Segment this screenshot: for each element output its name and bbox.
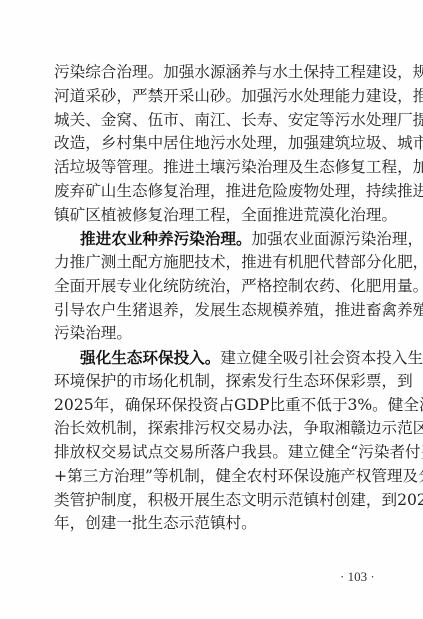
text-line: +第三方治理”等机制，健全农村环保设施产权管理及分 [54,465,370,489]
text-line: 污染综合治理。加强水源涵养与水土保持工程建设，规范 [54,61,370,85]
text-line: 推进农业种养污染治理。加强农业面源污染治理，大 [54,227,370,251]
paragraph-eco-investment: 强化生态环保投入。建立健全吸引社会资本投入生态 环境保护的市场化机制，探索发行生… [54,346,370,536]
text-line: 排放权交易试点交易所落户我县。建立健全“污染者付费 [54,441,370,465]
text-line: 力推广测土配方施肥技术，推进有机肥代替部分化肥， [54,251,370,275]
text-line: 废弃矿山生态修复治理，推进危险废物处理，持续推进乡 [54,180,370,204]
text-line: 年，创建一批生态示范镇村。 [54,512,370,536]
text-line: 镇矿区植被修复治理工程，全面推进荒漠化治理。 [54,204,370,228]
body-text: 污染综合治理。加强水源涵养与水土保持工程建设，规范 河道采砂，严禁开采山砂。加强… [54,61,370,536]
text-run: 建立健全吸引社会资本投入生态 [220,349,423,367]
text-line: 河道采砂，严禁开采山砂。加强污水处理能力建设，推进 [54,85,370,109]
text-line: 城关、金窝、伍市、南江、长寿、安定等污水处理厂提质 [54,109,370,133]
text-line: 治长效机制，探索排污权交易办法，争取湘赣边示范区碳 [54,417,370,441]
paragraph-pollution-control: 污染综合治理。加强水源涵养与水土保持工程建设，规范 河道采砂，严禁开采山砂。加强… [54,61,370,227]
document-page: 污染综合治理。加强水源涵养与水土保持工程建设，规范 河道采砂，严禁开采山砂。加强… [0,0,423,619]
text-line: 类管护制度，积极开展生态文明示范镇村创建，到2025 [54,489,370,513]
page-number: · 103 · [340,569,375,585]
paragraph-heading: 强化生态环保投入。 [80,348,220,367]
text-line: 改造，乡村集中居住地污水处理，加强建筑垃圾、城市生 [54,132,370,156]
text-line: 活垃圾等管理。推进土壤污染治理及生态修复工程，加强 [54,156,370,180]
text-run: 加强农业面源污染治理，大 [252,230,423,248]
text-line: 强化生态环保投入。建立健全吸引社会资本投入生态 [54,346,370,370]
paragraph-heading: 推进农业种养污染治理。 [80,229,252,248]
text-line: 引导农户生猪退养，发展生态规模养殖，推进畜禽养殖 [54,299,370,323]
text-line: 污染治理。 [54,322,370,346]
paragraph-agricultural-pollution: 推进农业种养污染治理。加强农业面源污染治理，大 力推广测土配方施肥技术，推进有机… [54,227,370,346]
text-line: 2025年，确保环保投资占GDP比重不低于3%。健全污染防 [54,394,370,418]
text-line: 全面开展专业化统防统治，严格控制农药、化肥用量。 [54,275,370,299]
text-line: 环境保护的市场化机制，探索发行生态环保彩票，到 [54,370,370,394]
